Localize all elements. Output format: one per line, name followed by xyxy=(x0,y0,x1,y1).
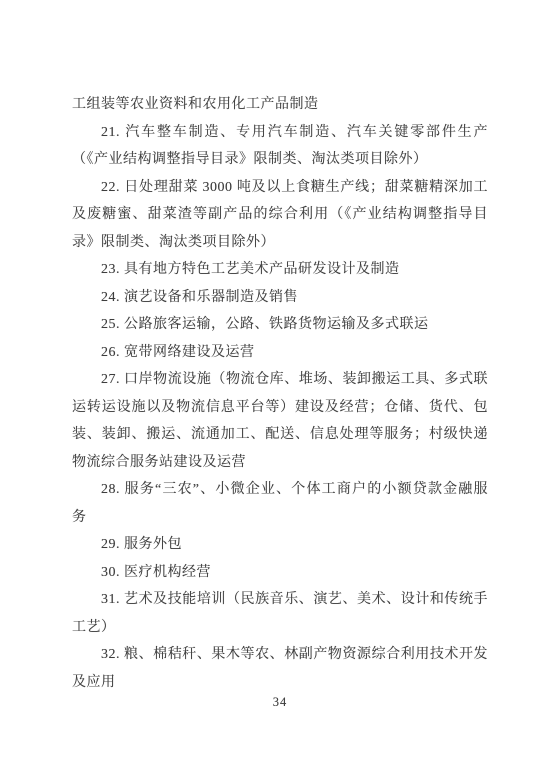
text-line-item-27: 27. 口岸物流设施（物流仓库、堆场、装卸搬运工具、多式联 xyxy=(72,366,488,394)
text-line: 及废糖蜜、甜菜渣等副产品的综合利用（《产业结构调整指导目 xyxy=(72,201,488,229)
text-line: （《产业结构调整指导目录》限制类、淘汰类项目除外） xyxy=(72,146,488,174)
page-number: 34 xyxy=(273,695,288,709)
text-line-item-29: 29. 服务外包 xyxy=(72,531,488,559)
text-line: 工组装等农业资料和农用化工产品制造 xyxy=(72,91,488,119)
text-line: 运转运设施以及物流信息平台等）建设及经营；仓储、货代、包 xyxy=(72,394,488,422)
text-line-item-30: 30. 医疗机构经营 xyxy=(72,559,488,587)
text-line-item-21: 21. 汽车整车制造、专用汽车制造、汽车关键零部件生产 xyxy=(72,119,488,147)
text-line: 装、装卸、搬运、流通加工、配送、信息处理等服务；村级快递 xyxy=(72,421,488,449)
text-line: 工艺） xyxy=(72,614,488,642)
text-line-item-22: 22. 日处理甜菜 3000 吨及以上食糖生产线；甜菜糖精深加工 xyxy=(72,174,488,202)
text-line: 录》限制类、淘汰类项目除外） xyxy=(72,229,488,257)
text-line-item-26: 26. 宽带网络建设及运营 xyxy=(72,339,488,367)
text-line-item-24: 24. 演艺设备和乐器制造及销售 xyxy=(72,284,488,312)
text-line-item-32: 32. 粮、棉秸秆、果木等农、林副产物资源综合利用技术开发 xyxy=(72,641,488,669)
document-body: 工组装等农业资料和农用化工产品制造 21. 汽车整车制造、专用汽车制造、汽车关键… xyxy=(72,91,488,696)
text-line-item-25: 25. 公路旅客运输，公路、铁路货物运输及多式联运 xyxy=(72,311,488,339)
text-line: 及应用 xyxy=(72,669,488,697)
page-footer: 34 xyxy=(72,693,488,711)
text-line-item-28: 28. 服务“三农”、小微企业、个体工商户的小额贷款金融服 xyxy=(72,476,488,504)
text-line: 物流综合服务站建设及运营 xyxy=(72,449,488,477)
document-page: 工组装等农业资料和农用化工产品制造 21. 汽车整车制造、专用汽车制造、汽车关键… xyxy=(0,0,550,777)
text-line: 务 xyxy=(72,504,488,532)
text-line-item-31: 31. 艺术及技能培训（民族音乐、演艺、美术、设计和传统手 xyxy=(72,586,488,614)
text-line-item-23: 23. 具有地方特色工艺美术产品研发设计及制造 xyxy=(72,256,488,284)
